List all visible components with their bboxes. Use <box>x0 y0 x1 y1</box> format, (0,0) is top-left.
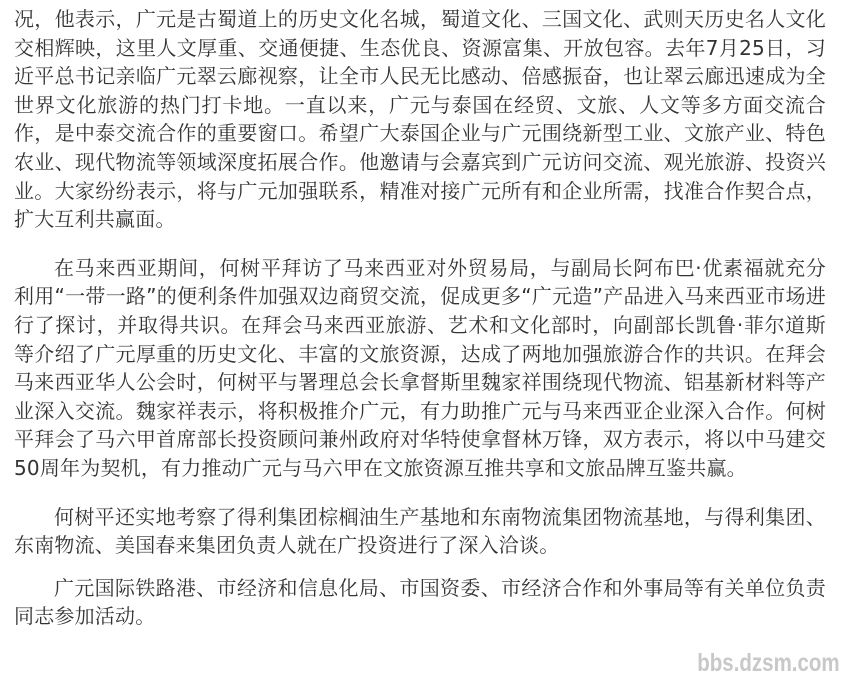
article-paragraph-3: 何树平还实地考察了得利集团棕榈油生产基地和东南物流集团物流基地，与得利集团、东南… <box>14 503 826 560</box>
article-body: 况，他表示，广元是古蜀道上的历史文化名城，蜀道文化、三国文化、武则天历史名人文化… <box>14 5 826 647</box>
article-paragraph-4: 广元国际铁路港、市经济和信息化局、市国资委、市经济合作和外事局等有关单位负责同志… <box>14 574 826 631</box>
article-paragraph-2: 在马来西亚期间，何树平拜访了马来西亚对外贸易局，与副局长阿布巴·优素福就充分利用… <box>14 254 826 483</box>
article-paragraph-1: 况，他表示，广元是古蜀道上的历史文化名城，蜀道文化、三国文化、武则天历史名人文化… <box>14 5 826 234</box>
site-watermark: bbs.dzsm.com <box>698 649 840 678</box>
